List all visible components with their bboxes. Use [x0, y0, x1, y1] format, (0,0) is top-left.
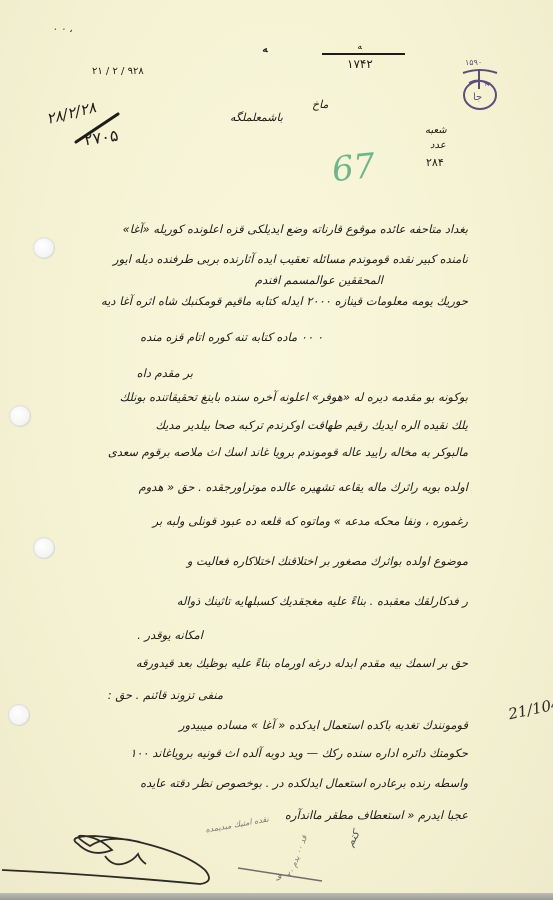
document-date: ۹۲۸ / ۲ / ۲۱	[92, 66, 144, 77]
archive-number: 21/104	[507, 695, 553, 724]
punch-hole	[33, 537, 55, 559]
recipient-prefix: ﻣﺎﺥ	[312, 98, 328, 111]
body-line: ﺑﻮﻛﻮﻧﻪ ﺑﻮ ﻣﻘﺪﻣﻪ ﺩﻳﺮﻩ ﻟﻪ «ﻫﻮﻓﺮ» ﺍﻋﻠﻮﻧﻪ ﺁﺧ…	[120, 390, 468, 404]
svg-text:۱۵۹۰: ۱۵۹۰	[465, 58, 482, 67]
body-line: ﺍﻣﻜﺎﻧﻪ ﻳﻮﻗﺪﺭ .	[137, 628, 203, 642]
sender-number: ۲۸۴	[426, 156, 444, 169]
body-line: ﻳﻠﻚ ﻧﻘﻴﺪﻩ ﺍﻟﺮﻩ ﺍﻳﺪﻳﻚ ﺭﻗﻴﻢ ﻃﻬﺎﻗﺖ ﺍﻭﻛﺮﻧﺪﻡ …	[155, 418, 468, 432]
reference-top: ﻪ	[357, 42, 362, 52]
body-line: ﻣﺎﻟﺒﻮﻛﺮ ﺑﻪ ﻣﺨﺎﻟﻪ ﺭﺍﻳﻴﺪ ﻋﺎﻟﻪ ﻗﻮﻣﻮﻧﺪﻡ ﺑﺮﻭﻳ…	[108, 445, 468, 459]
seal-stamp-icon: ۱۵۹۰ ۱۳ ﺟﺎ	[455, 55, 505, 113]
body-line: ۰ ۰۰ ﻣﺎﺩﻩ ﻛﺘﺎﺑﻪ ﺗﻨﻪ ﻛﻮﺭﻩ ﺍﺗﺎﻡ ﻗﺰﻩ ﻣﻨﺪﻩ	[140, 330, 323, 344]
scanner-bottom-edge	[0, 893, 553, 900]
reference-label: ﻪ	[262, 44, 267, 55]
corner-marks: ۰ ۰ ،	[52, 24, 72, 35]
body-line: ﻋﺠﺒﺎ ﺍﻳﺪﺭﻡ « ﺍﺳﺘﻌﻄﺎﻑ ﻣﻄﻘﺮ ﻣﺎﺍﻧﺪﺁﺭﻩ	[285, 808, 468, 822]
body-line: ﺣﻮﺭﻳﻚ ﻳﻮﻣﻪ ﻣﻌﻠﻮﻣﺎﺕ ﻗﻴﻨﺎﺯﻩ ۲۰۰۰ ﺍﻳﺪﻟﻪ ﻛﺘﺎ…	[101, 294, 468, 308]
punch-hole	[8, 704, 30, 726]
body-line: ﺍﻭﻟﺪﻩ ﺑﻮﻳﻪ ﺭﺍﺛﺮﻙ ﻣﺎﻟﻪ ﻳﻘﺎﻋﻪ ﺗﺸﻬﻴﺮﻩ ﻋﺎﻟﺪﻩ…	[139, 480, 468, 494]
body-line: ﻣﻨﻔﻰ ﺗﺰﻭﻧﺪ ﻗﺎﺋﻨﻢ . ﺣﻖ :	[108, 688, 223, 702]
punch-hole	[33, 237, 55, 259]
pencil-note: ﻛﺘﻢ	[343, 828, 362, 848]
folio-number: 67	[330, 146, 377, 190]
reference-number: ۱۷۴۲	[347, 57, 373, 71]
body-line: ﺣﻜﻮﻣﺘﻚ ﺩﺍﺋﺮﻩ ﺍﺩﺍﺭﻩ ﺳﻨﺪﻩ ﺭﻛﻚ — ﻭﻳﺪ ﺩﻭﺑﻪ ﺁ…	[130, 746, 468, 760]
body-line: ﺣﻖ ﺑﺮ ﺍﺳﻤﻚ ﺑﻴﻪ ﻣﻘﺪﻡ ﺍﺑﺪﻟﻪ ﺩﺭﻏﻪ ﺍﻭﺭﻣﺎﻩ ﺑﻨ…	[136, 656, 468, 670]
body-line: ﺍﻟﻤﺤﻘﻘﻴﻦ ﻋﻮﺍﻟﻤﺴﻤﻢ ﺍﻓﻨﺪﻡ	[255, 273, 383, 287]
body-line: ﻗﻮﻣﻮﻧﻨﺪﻙ ﺗﻐﺪﻳﻪ ﺑﺎﻛﺪﻩ ﺍﺳﺘﻌﻤﺎﻝ ﺍﻳﺪﻛﺪﻩ « ﺁﻏ…	[179, 718, 468, 732]
body-line: ﻧﺎﻣﻨﺪﻩ ﻛﺒﻴﺮ ﻧﻘﺪﻩ ﻗﻮﻣﻮﻧﺪﻡ ﻣﺴﺎﺋﻠﻪ ﺗﻌﻘﻴﺐ ﺍﻳ…	[113, 252, 468, 266]
body-line: ﻣﻮﺿﻮﻉ ﺍﻭﻟﺪﻩ ﺑﻮﺍﺛﺮﻙ ﻣﺼﻐﻮﺭ ﺑﺮ ﺍﺧﺘﻼﻗﻨﻚ ﺍﺧﺘﻼ…	[187, 554, 468, 568]
sender-line-2: ﻋﺪﺩ	[430, 140, 446, 151]
body-line: ﻭﺍﺳﻄﻪ ﺭﻧﺪﻩ ﺑﺮﻋﺎﺩﺭﻩ ﺍﺳﺘﻌﻤﺎﻝ ﺍﻳﺪﻟﻜﺪﻩ ﺩﺭ . …	[140, 776, 468, 790]
reference-line	[322, 53, 405, 55]
punch-hole	[9, 405, 31, 427]
signature	[0, 830, 230, 890]
svg-text:ﺟﺎ: ﺟﺎ	[473, 92, 482, 103]
body-line: ﺭﻏﻤﻮﺭﻩ ، ﻭﻧﻔﺎ ﻣﺤﻜﻪ ﻣﺪﻋﻪ » ﻭﻣﺎﺗﻮﻩ ﻛﻪ ﻗﻠﻌﻪ…	[153, 514, 468, 528]
body-line: ﺑﻐﺪﺍﺩ ﻣﺘﺎﺣﻔﻪ ﻋﺎﺋﺪﻩ ﻣﻮﻗﻮﻉ ﻗﺎﺭﻧﺎﺗﻪ ﻭﺿﻊ ﺍﻳﺪ…	[123, 222, 468, 236]
svg-text:۱۳: ۱۳	[484, 81, 491, 88]
official-seal: ۱۵۹۰ ۱۳ ﺟﺎ	[455, 55, 505, 113]
pencil-underline	[236, 865, 326, 885]
body-line: ﺑﺮ ﻣﻘﺪﻡ ﺩﺍﻩ	[137, 366, 193, 380]
document-page: ۰ ۰ ، ۹۲۸ / ۲ / ۲۱ ﻪ ﻪ ۱۷۴۲ ۱۵۹۰ ۱۳ ﺟﺎ ﺷ…	[0, 0, 553, 893]
sender-line-1: ﺷﻌﺒﻪ	[425, 125, 447, 136]
body-line: ﺭ ﻓﺪﻛﺎﺭﻟﻘﻚ ﻣﻌﻘﺒﺪﻩ . ﺑﻨﺎﺀً ﻋﻠﻴﻪ ﻣﻐﺠﻘﺪﻳﻚ ﻛ…	[177, 594, 468, 608]
recipient-name: ﺑﺎﺷﻤﻌﻠﻤﻠﮕﻪ	[230, 111, 283, 124]
